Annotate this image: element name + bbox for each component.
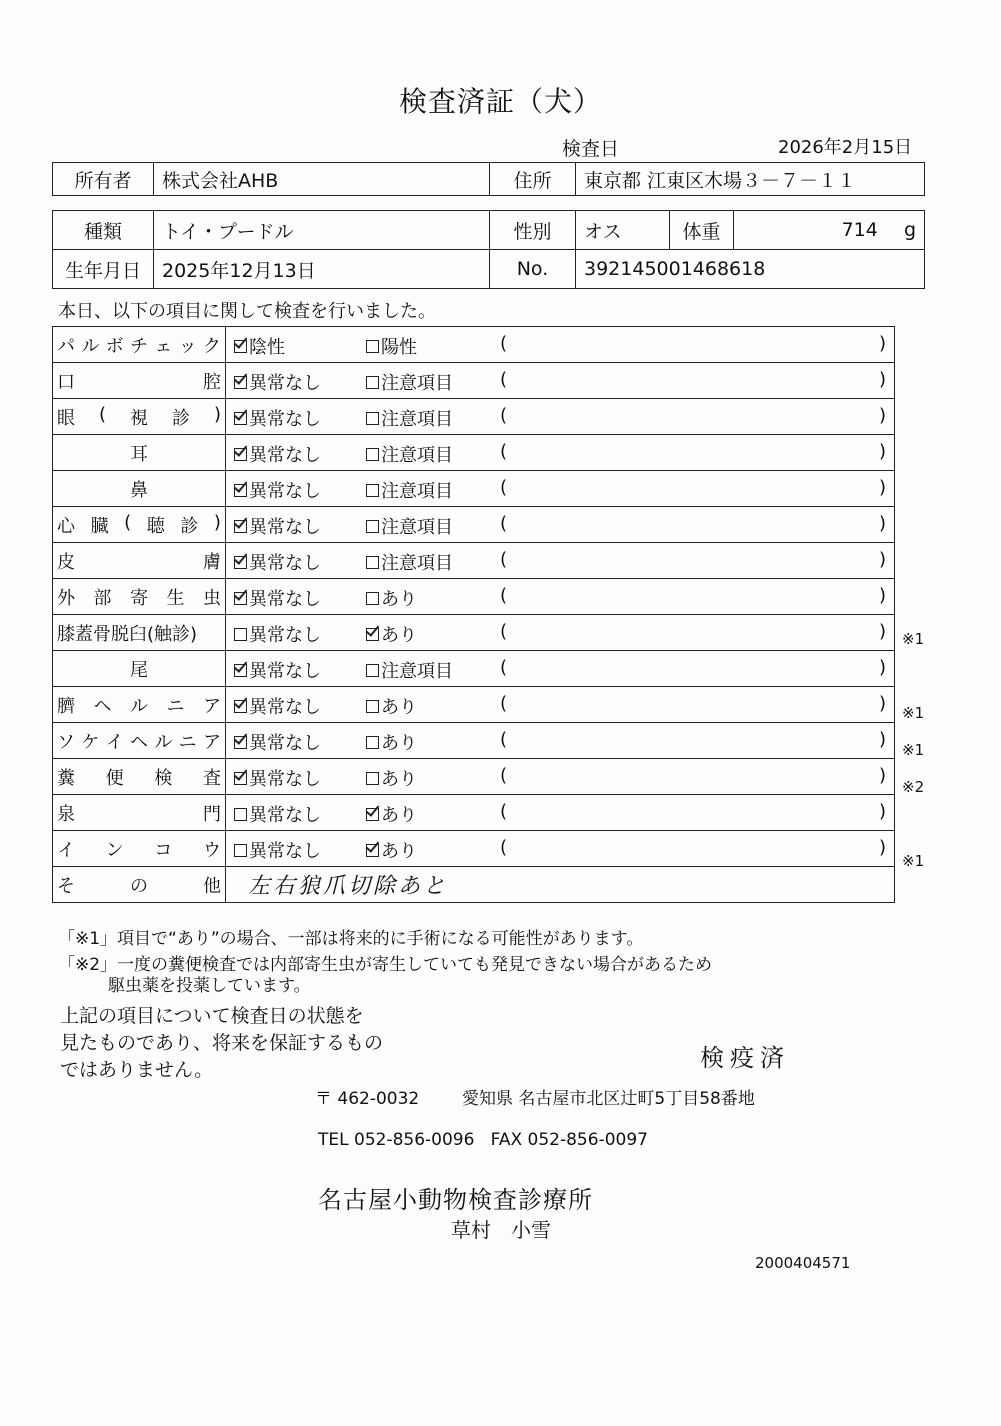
exam-item-label-char: ル <box>81 332 99 358</box>
remarks-open-paren: ( <box>500 477 507 498</box>
checkbox-icon[interactable] <box>366 484 379 497</box>
weight-label: 体重 <box>670 211 734 250</box>
exam-item-label-char: ニ <box>167 692 185 718</box>
exam-result-cell: 異常なしあり() <box>226 687 895 723</box>
option-normal[interactable]: 異常なし <box>234 585 321 611</box>
exam-item-label: インコウ <box>53 831 226 867</box>
remarks-close-paren: ) <box>879 549 886 570</box>
exam-item-label-char: ア <box>203 692 221 718</box>
checked-checkbox-icon[interactable] <box>234 664 247 677</box>
option-label: 陽性 <box>381 333 417 359</box>
disclaimer: 上記の項目について検査日の状態を 見たものであり、将来を保証するもの ではありま… <box>60 1003 383 1084</box>
remarks-close-paren: ) <box>879 657 886 678</box>
exam-item-label-char: パ <box>57 332 75 358</box>
remarks-open-paren: ( <box>500 585 507 606</box>
remarks-close-paren: ) <box>879 693 886 714</box>
exam-item-label-char: ケ <box>81 728 99 754</box>
exam-item-label-char: 検 <box>154 764 172 790</box>
exam-item-label-char: 診 <box>172 404 190 430</box>
exam-row: ソケイヘルニア異常なしあり() <box>53 723 895 759</box>
option-label: あり <box>381 621 417 647</box>
option-abnormal[interactable]: あり <box>366 621 417 647</box>
exam-item-label-char: 耳 <box>130 440 148 466</box>
exam-item-label-char: 部 <box>94 584 112 610</box>
checkbox-icon[interactable] <box>366 592 379 605</box>
clinic-contact: TEL 052-856-0096 FAX 052-856-0097 <box>318 1130 648 1150</box>
owner-table: 所有者 株式会社AHB 住所 東京都 江東区木場３－７－１１ <box>52 162 925 196</box>
checked-checkbox-icon[interactable] <box>366 844 379 857</box>
exam-row: 泉門異常なしあり() <box>53 795 895 831</box>
exam-item-label-char: ) <box>214 512 221 538</box>
exam-item-label-char: 臍 <box>57 692 75 718</box>
exam-item-label-char: ボ <box>106 332 124 358</box>
option-label: あり <box>381 585 417 611</box>
remarks-open-paren: ( <box>500 513 507 534</box>
option-label: 異常なし <box>249 405 321 431</box>
checkbox-icon[interactable] <box>366 664 379 677</box>
exam-row: パルボチェック陰性陽性() <box>53 327 895 363</box>
remarks-open-paren: ( <box>500 441 507 462</box>
checked-checkbox-icon[interactable] <box>234 412 247 425</box>
remarks-open-paren: ( <box>500 333 507 354</box>
checkbox-icon[interactable] <box>234 844 247 857</box>
disclaimer-line: 上記の項目について検査日の状態を <box>60 1003 383 1030</box>
exam-row: 臍ヘルニア異常なしあり() <box>53 687 895 723</box>
exam-item-label-char: 尾 <box>130 656 148 682</box>
exam-item-label-char: 外 <box>57 584 75 610</box>
exam-row: 皮膚異常なし注意項目() <box>53 543 895 579</box>
option-label: 異常なし <box>249 549 321 575</box>
option-label: 異常なし <box>249 729 321 755</box>
option-normal[interactable]: 異常なし <box>234 441 321 467</box>
sex-label: 性別 <box>490 211 576 250</box>
exam-result-cell: 異常なしあり() <box>226 831 895 867</box>
exam-item-label-char: イ <box>57 836 75 862</box>
checked-checkbox-icon[interactable] <box>234 592 247 605</box>
exam-item-label-char: ク <box>203 332 221 358</box>
exam-item-label-char: ウ <box>203 836 221 862</box>
checkbox-icon[interactable] <box>366 736 379 749</box>
remarks-open-paren: ( <box>500 693 507 714</box>
option-label: 異常なし <box>249 369 321 395</box>
exam-item-label-char: 寄 <box>130 584 148 610</box>
exam-item-label: その他 <box>53 867 226 903</box>
option-label: 異常なし <box>249 441 321 467</box>
option-abnormal[interactable]: あり <box>366 837 417 863</box>
footnote-1: 「※1」項目で“あり”の場合、一部は将来的に手術になる可能性があります。 <box>58 924 643 949</box>
footnote-reference: ※1 <box>902 852 924 870</box>
exam-item-label: 心臓(聴診) <box>53 507 226 543</box>
option-normal[interactable]: 異常なし <box>234 405 321 431</box>
exam-item-label-char: 門 <box>203 800 221 826</box>
exam-row: 外部寄生虫異常なしあり() <box>53 579 895 615</box>
remarks-close-paren: ) <box>879 477 886 498</box>
option-abnormal[interactable]: あり <box>366 765 417 791</box>
option-label: あり <box>381 765 417 791</box>
address-value: 東京都 江東区木場３－７－１１ <box>576 163 925 196</box>
exam-item-label-char: 膝蓋骨脱臼(触診) <box>57 620 197 646</box>
exam-result-cell: 異常なしあり() <box>226 795 895 831</box>
exam-row: インコウ異常なしあり() <box>53 831 895 867</box>
option-normal[interactable]: 異常なし <box>234 765 321 791</box>
remarks-open-paren: ( <box>500 765 507 786</box>
option-abnormal[interactable]: 注意項目 <box>366 441 453 467</box>
option-normal[interactable]: 陰性 <box>234 333 285 359</box>
exam-item-label-char: ) <box>214 404 221 430</box>
checkbox-icon[interactable] <box>234 808 247 821</box>
weight-cell: 714 g <box>734 211 925 250</box>
exam-item-label-char: ル <box>154 728 172 754</box>
remarks-close-paren: ) <box>879 441 886 462</box>
exam-item-label-char: 聴 <box>147 512 165 538</box>
owner-value: 株式会社AHB <box>154 163 490 196</box>
remarks-open-paren: ( <box>500 549 507 570</box>
exam-item-label-char: 臓 <box>91 512 109 538</box>
option-label: あり <box>381 693 417 719</box>
option-label: 異常なし <box>249 657 321 683</box>
remarks-close-paren: ) <box>879 729 886 750</box>
remarks-close-paren: ) <box>879 621 886 642</box>
footnote-reference: ※1 <box>902 630 924 648</box>
remarks-close-paren: ) <box>879 585 886 606</box>
option-abnormal[interactable]: 注意項目 <box>366 369 453 395</box>
option-abnormal[interactable]: あり <box>366 585 417 611</box>
checkbox-icon[interactable] <box>366 520 379 533</box>
exam-row: 鼻異常なし注意項目() <box>53 471 895 507</box>
option-normal[interactable]: 異常なし <box>234 513 321 539</box>
checkbox-icon[interactable] <box>366 376 379 389</box>
quarantine-stamp: 検疫済 <box>700 1038 790 1073</box>
remarks-close-paren: ) <box>879 837 886 858</box>
option-label: 注意項目 <box>381 405 453 431</box>
exam-item-label-char: 膚 <box>203 548 221 574</box>
exam-item-label-char: チ <box>130 332 148 358</box>
exam-item-label-char: の <box>130 872 148 898</box>
owner-label: 所有者 <box>53 163 154 196</box>
option-abnormal[interactable]: 注意項目 <box>366 405 453 431</box>
dog-info-table: 種類 トイ・プードル 性別 オス 体重 714 g 生年月日 2025年12月1… <box>52 210 925 289</box>
footnote-2-continued: 駆虫薬を投薬しています。 <box>108 971 311 996</box>
option-normal[interactable]: 異常なし <box>234 657 321 683</box>
exam-result-cell: 異常なしあり() <box>226 723 895 759</box>
option-label: 異常なし <box>249 837 321 863</box>
checked-checkbox-icon[interactable] <box>234 484 247 497</box>
remarks-open-paren: ( <box>500 729 507 750</box>
checked-checkbox-icon[interactable] <box>234 700 247 713</box>
exam-item-label-char: ニ <box>179 728 197 754</box>
option-label: 異常なし <box>249 765 321 791</box>
exam-item-label-char: ヘ <box>130 728 148 754</box>
exam-item-label-char: 他 <box>203 872 221 898</box>
exam-result-cell: 異常なしあり() <box>226 615 895 651</box>
weight-unit: g <box>904 219 916 241</box>
disclaimer-line: ではありません。 <box>60 1057 383 1084</box>
exam-row: 糞便検査異常なしあり() <box>53 759 895 795</box>
option-abnormal[interactable]: あり <box>366 729 417 755</box>
exam-item-label-char: 口 <box>57 368 75 394</box>
dob-label: 生年月日 <box>53 250 154 289</box>
option-label: あり <box>381 801 417 827</box>
remarks-open-paren: ( <box>500 621 507 642</box>
exam-item-label-char: コ <box>154 836 172 862</box>
sex-value: オス <box>576 211 670 250</box>
exam-item-label-char: ソ <box>57 728 75 754</box>
no-label: No. <box>490 250 576 289</box>
option-normal[interactable]: 異常なし <box>234 369 321 395</box>
disclaimer-line: 見たものであり、将来を保証するもの <box>60 1030 383 1057</box>
remarks-close-paren: ) <box>879 801 886 822</box>
remarks-open-paren: ( <box>500 405 507 426</box>
exam-item-label: 外部寄生虫 <box>53 579 226 615</box>
exam-result-cell: 異常なし注意項目() <box>226 363 895 399</box>
checked-checkbox-icon[interactable] <box>234 772 247 785</box>
remarks-open-paren: ( <box>500 801 507 822</box>
exam-row: 尾異常なし注意項目() <box>53 651 895 687</box>
exam-item-label-char: 糞 <box>57 764 75 790</box>
address-label: 住所 <box>490 163 576 196</box>
breed-label: 種類 <box>53 211 154 250</box>
breed-value: トイ・プードル <box>154 211 490 250</box>
option-label: 注意項目 <box>381 657 453 683</box>
checked-checkbox-icon[interactable] <box>234 340 247 353</box>
document-number: 2000404571 <box>755 1254 850 1272</box>
checkbox-icon[interactable] <box>366 448 379 461</box>
weight-value: 714 <box>842 219 878 241</box>
option-label: 注意項目 <box>381 477 453 503</box>
option-label: 注意項目 <box>381 441 453 467</box>
remarks-open-paren: ( <box>500 657 507 678</box>
exam-result-cell: 異常なし注意項目() <box>226 651 895 687</box>
option-label: 異常なし <box>249 621 321 647</box>
exam-item-label-char: ル <box>130 692 148 718</box>
exam-item-label-char: ( <box>124 512 131 538</box>
exam-row: 心臓(聴診)異常なし注意項目() <box>53 507 895 543</box>
exam-item-label-char: 虫 <box>203 584 221 610</box>
exam-item-label: 臍ヘルニア <box>53 687 226 723</box>
exam-item-label: 膝蓋骨脱臼(触診) <box>53 615 226 651</box>
exam-item-label: 皮膚 <box>53 543 226 579</box>
checkbox-icon[interactable] <box>234 628 247 641</box>
exam-row: 眼(視診)異常なし注意項目() <box>53 399 895 435</box>
exam-item-label-char: 泉 <box>57 800 75 826</box>
remarks-open-paren: ( <box>500 369 507 390</box>
veterinarian-name: 草村 小雪 <box>451 1214 551 1243</box>
no-value: 392145001468618 <box>576 250 925 289</box>
exam-result-cell: 異常なし注意項目() <box>226 543 895 579</box>
exam-item-label: 泉門 <box>53 795 226 831</box>
exam-item-label-char: そ <box>57 872 75 898</box>
exam-item-label: ソケイヘルニア <box>53 723 226 759</box>
option-label: 異常なし <box>249 477 321 503</box>
document-title: 検査済証（犬） <box>0 80 1001 120</box>
exam-result-cell: 異常なしあり() <box>226 759 895 795</box>
exam-item-label-char: ヘ <box>94 692 112 718</box>
option-abnormal[interactable]: 注意項目 <box>366 513 453 539</box>
checked-checkbox-icon[interactable] <box>234 736 247 749</box>
remarks-close-paren: ) <box>879 369 886 390</box>
handwritten-note: 左右狼爪切除あと <box>248 869 448 900</box>
dob-value: 2025年12月13日 <box>154 250 490 289</box>
exam-item-label: 眼(視診) <box>53 399 226 435</box>
option-normal[interactable]: 異常なし <box>234 729 321 755</box>
exam-item-label: 鼻 <box>53 471 226 507</box>
exam-result-cell: 異常なし注意項目() <box>226 435 895 471</box>
exam-result-cell: 異常なしあり() <box>226 579 895 615</box>
remarks-close-paren: ) <box>879 513 886 534</box>
checkbox-icon[interactable] <box>366 772 379 785</box>
remarks-open-paren: ( <box>500 837 507 858</box>
exam-item-label-char: 皮 <box>57 548 75 574</box>
exam-item-label-char: 生 <box>167 584 185 610</box>
exam-item-label-char: ェ <box>154 332 172 358</box>
exam-table: パルボチェック陰性陽性()口腔異常なし注意項目()眼(視診)異常なし注意項目()… <box>52 326 895 903</box>
exam-result-cell: 異常なし注意項目() <box>226 471 895 507</box>
option-abnormal[interactable]: 注意項目 <box>366 477 453 503</box>
exam-item-label: 糞便検査 <box>53 759 226 795</box>
option-normal[interactable]: 異常なし <box>234 693 321 719</box>
option-label: あり <box>381 837 417 863</box>
exam-item-label-char: イ <box>106 728 124 754</box>
exam-date-label: 検査日 <box>562 134 619 161</box>
option-abnormal[interactable]: 注意項目 <box>366 549 453 575</box>
checked-checkbox-icon[interactable] <box>366 628 379 641</box>
clinic-address: 愛知県 名古屋市北区辻町5丁目58番地 <box>462 1084 755 1109</box>
exam-item-label-char: 査 <box>203 764 221 790</box>
checkbox-icon[interactable] <box>366 340 379 353</box>
option-label: 異常なし <box>249 513 321 539</box>
footnote-reference: ※1 <box>902 704 924 722</box>
exam-item-label: 尾 <box>53 651 226 687</box>
exam-row: 耳異常なし注意項目() <box>53 435 895 471</box>
remarks-close-paren: ) <box>879 333 886 354</box>
checked-checkbox-icon[interactable] <box>234 448 247 461</box>
remarks-close-paren: ) <box>879 765 886 786</box>
exam-item-label-char: 便 <box>106 764 124 790</box>
option-normal[interactable]: 異常なし <box>234 801 321 827</box>
checked-checkbox-icon[interactable] <box>234 376 247 389</box>
option-label: 注意項目 <box>381 369 453 395</box>
checked-checkbox-icon[interactable] <box>234 520 247 533</box>
clinic-name: 名古屋小動物検査診療所 <box>318 1180 593 1215</box>
option-label: 異常なし <box>249 585 321 611</box>
exam-item-label-char: 心 <box>57 512 75 538</box>
option-abnormal[interactable]: 注意項目 <box>366 657 453 683</box>
exam-item-label: 口腔 <box>53 363 226 399</box>
checkbox-icon[interactable] <box>366 700 379 713</box>
option-normal[interactable]: 異常なし <box>234 549 321 575</box>
exam-row-other: その他左右狼爪切除あと <box>53 867 895 903</box>
remarks-close-paren: ) <box>879 405 886 426</box>
option-abnormal[interactable]: あり <box>366 693 417 719</box>
option-abnormal[interactable]: 陽性 <box>366 333 417 359</box>
option-label: 異常なし <box>249 801 321 827</box>
exam-item-label-char: ア <box>203 728 221 754</box>
exam-item-label-char: ン <box>106 836 124 862</box>
exam-row: 口腔異常なし注意項目() <box>53 363 895 399</box>
exam-item-label: 耳 <box>53 435 226 471</box>
postal-code: 〒 462-0032 <box>315 1084 419 1109</box>
exam-item-label: パルボチェック <box>53 327 226 363</box>
exam-item-label-char: ( <box>99 404 106 430</box>
exam-item-label-char: 鼻 <box>130 476 148 502</box>
exam-result-cell: 異常なし注意項目() <box>226 507 895 543</box>
intro-text: 本日、以下の項目に関して検査を行いました。 <box>58 297 436 323</box>
exam-date-value: 2026年2月15日 <box>778 133 912 159</box>
option-label: あり <box>381 729 417 755</box>
exam-item-label-char: 視 <box>130 404 148 430</box>
footnote-reference: ※2 <box>902 778 924 796</box>
option-label: 異常なし <box>249 693 321 719</box>
exam-item-label-char: 診 <box>180 512 198 538</box>
option-label: 陰性 <box>249 333 285 359</box>
exam-item-label-char: ッ <box>179 332 197 358</box>
option-normal[interactable]: 異常なし <box>234 621 321 647</box>
exam-item-label-char: 腔 <box>203 368 221 394</box>
option-normal[interactable]: 異常なし <box>234 837 321 863</box>
checkbox-icon[interactable] <box>366 556 379 569</box>
exam-row: 膝蓋骨脱臼(触診)異常なしあり() <box>53 615 895 651</box>
other-remarks-cell[interactable]: 左右狼爪切除あと <box>226 867 895 903</box>
exam-result-cell: 陰性陽性() <box>226 327 895 363</box>
option-label: 注意項目 <box>381 513 453 539</box>
option-normal[interactable]: 異常なし <box>234 477 321 503</box>
option-label: 注意項目 <box>381 549 453 575</box>
exam-item-label-char: 眼 <box>57 404 75 430</box>
footnote-reference: ※1 <box>902 741 924 759</box>
option-abnormal[interactable]: あり <box>366 801 417 827</box>
exam-result-cell: 異常なし注意項目() <box>226 399 895 435</box>
checkbox-icon[interactable] <box>366 412 379 425</box>
checked-checkbox-icon[interactable] <box>234 556 247 569</box>
checked-checkbox-icon[interactable] <box>366 808 379 821</box>
